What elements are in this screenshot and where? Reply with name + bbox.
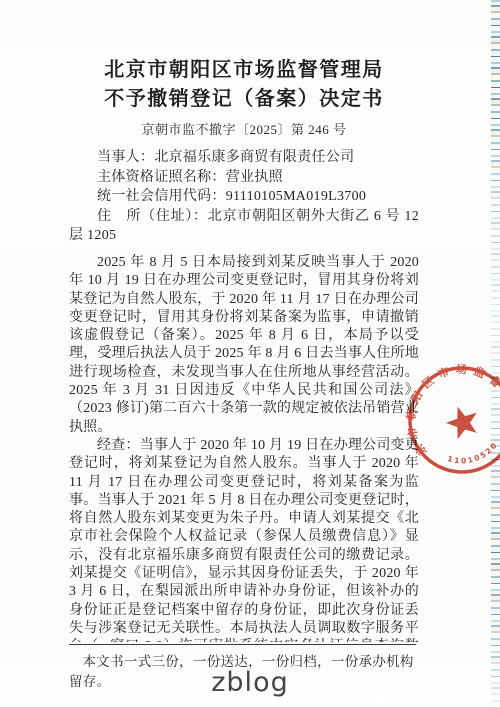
party-name-line: 当事人：北京福乐康多商贸有限责任公司 [69,148,419,168]
watermark-zblog: zblog [0,667,500,698]
document-header: 北京市朝阳区市场监督管理局 不予撤销登记（备案）决定书 京朝市监不撤字〔2025… [44,56,444,138]
credit-code-label: 统一社会信用代码： [97,189,226,204]
seal-code-text: 11010520 [444,438,500,472]
footer-divider [69,644,416,645]
document-title-line2: 不予撤销登记（备案）决定书 [44,85,444,114]
license-type-label: 主体资格证照名称： [97,170,226,185]
license-type-value: 营业执照 [226,170,283,185]
svg-text:11010520: 11010520 [444,438,500,472]
credit-code-value: 91110105MA019L3700 [226,189,366,204]
paragraph-investigation: 经查：当事人于 2020 年 10 月 19 日在办理公司变更登记时，将刘某登记… [69,437,419,642]
party-name-label: 当事人： [97,150,154,165]
document-number: 京朝市监不撤字〔2025〕第 246 号 [44,119,444,138]
paragraph-complaint: 2025 年 8 月 5 日本局接到刘某反映当事人于 2020 年 10 月 1… [69,254,419,437]
party-name-value: 北京福乐康多商贸有限责任公司 [154,150,354,165]
credit-code-line: 统一社会信用代码：91110105MA019L3700 [69,187,419,207]
address-line: 住 所（住址）：北京市朝阳区朝外大街乙 6 号 12 层 1205 [69,207,419,246]
party-info: 当事人：北京福乐康多商贸有限责任公司 主体资格证照名称：营业执照 统一社会信用代… [69,148,419,246]
document-body: 2025 年 8 月 5 日本局接到刘某反映当事人于 2020 年 10 月 1… [69,254,419,642]
document-title-line1: 北京市朝阳区市场监督管理局 [44,56,444,85]
document-page: 北京市朝阳区市场监督管理局 不予撤销登记（备案）决定书 京朝市监不撤字〔2025… [0,0,500,707]
license-type-line: 主体资格证照名称：营业执照 [69,168,419,188]
seal-star-icon [442,402,482,441]
address-label: 住 所（住址）： [97,209,208,224]
